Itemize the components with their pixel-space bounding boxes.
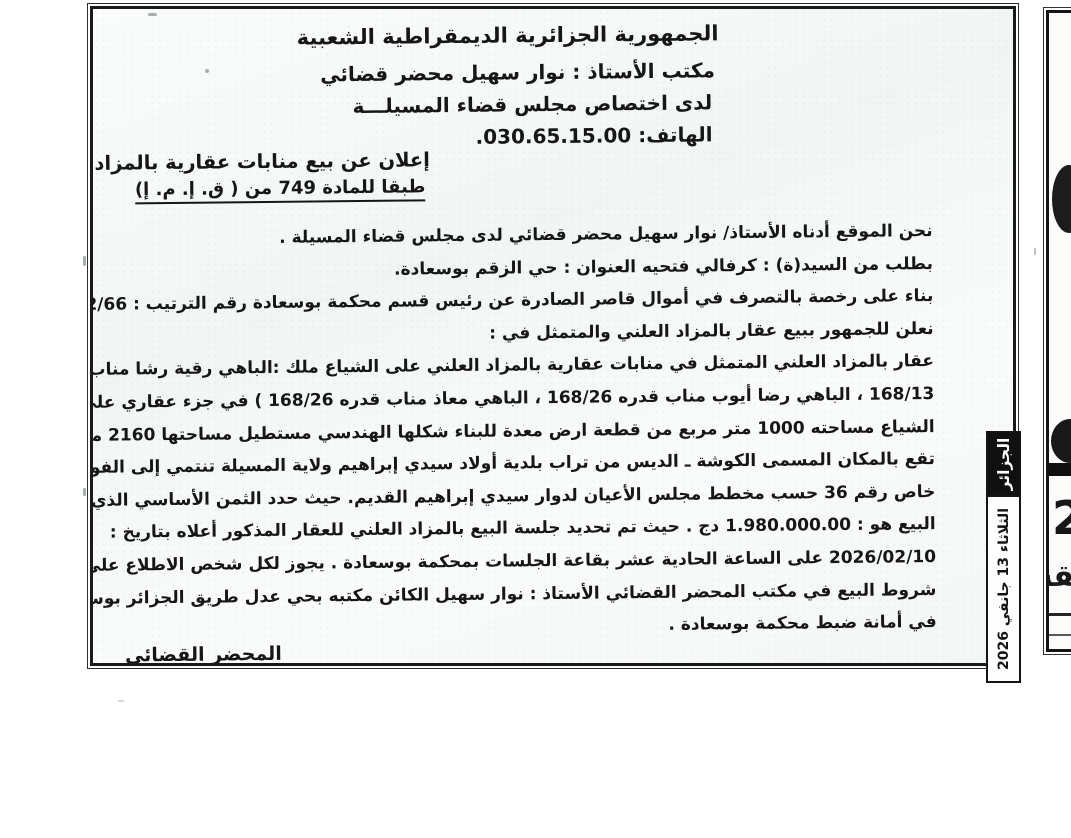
scan-speck [148,13,157,16]
announcement-title: إعلان عن بيع منابات عقارية بالمزاد العلن… [130,148,430,174]
scan-speck [1034,248,1036,255]
notice-content: الجمهورية الجزائرية الديمقراطية الشعبية … [90,6,1016,666]
newspaper-name-cell: الجزائر [988,433,1019,495]
scan-speck [83,256,86,266]
logo-fragment [1051,419,1071,463]
rule-fragment [1049,634,1071,636]
black-rule-fragment [1049,463,1071,476]
neighbor-column-fragment: 2 ـقة [1046,10,1071,652]
scan-speck [205,69,209,73]
scanned-newspaper-page: الجمهورية الجزائرية الديمقراطية الشعبية … [0,0,1071,838]
notice-body: نحن الموقع أدناه الأستاذ/ نوار سهيل محضر… [104,215,936,647]
issue-date: الثلاثاء 13 جانفي 2026 [996,508,1012,670]
rule-fragment [1049,613,1071,616]
scan-speck [83,488,86,496]
partial-digit: 2 [1052,495,1071,541]
announcement-title-block: إعلان عن بيع منابات عقارية بالمزاد العلن… [130,148,431,204]
partial-word: ـقة [1046,559,1071,594]
ink-blob-fragment [1052,165,1071,233]
newspaper-name: الجزائر [995,438,1013,491]
issue-date-cell: الثلاثاء 13 جانفي 2026 [988,495,1019,681]
article-reference: طبقا للمادة 749 من ( ق. إ. م. إ) [135,176,426,204]
bailiff-signature: المحضر القضائي [113,643,286,666]
masthead-strip: الجزائر الثلاثاء 13 جانفي 2026 [986,431,1021,683]
scan-speck [118,700,124,702]
auction-notice-frame: الجمهورية الجزائرية الديمقراطية الشعبية … [90,6,1016,666]
